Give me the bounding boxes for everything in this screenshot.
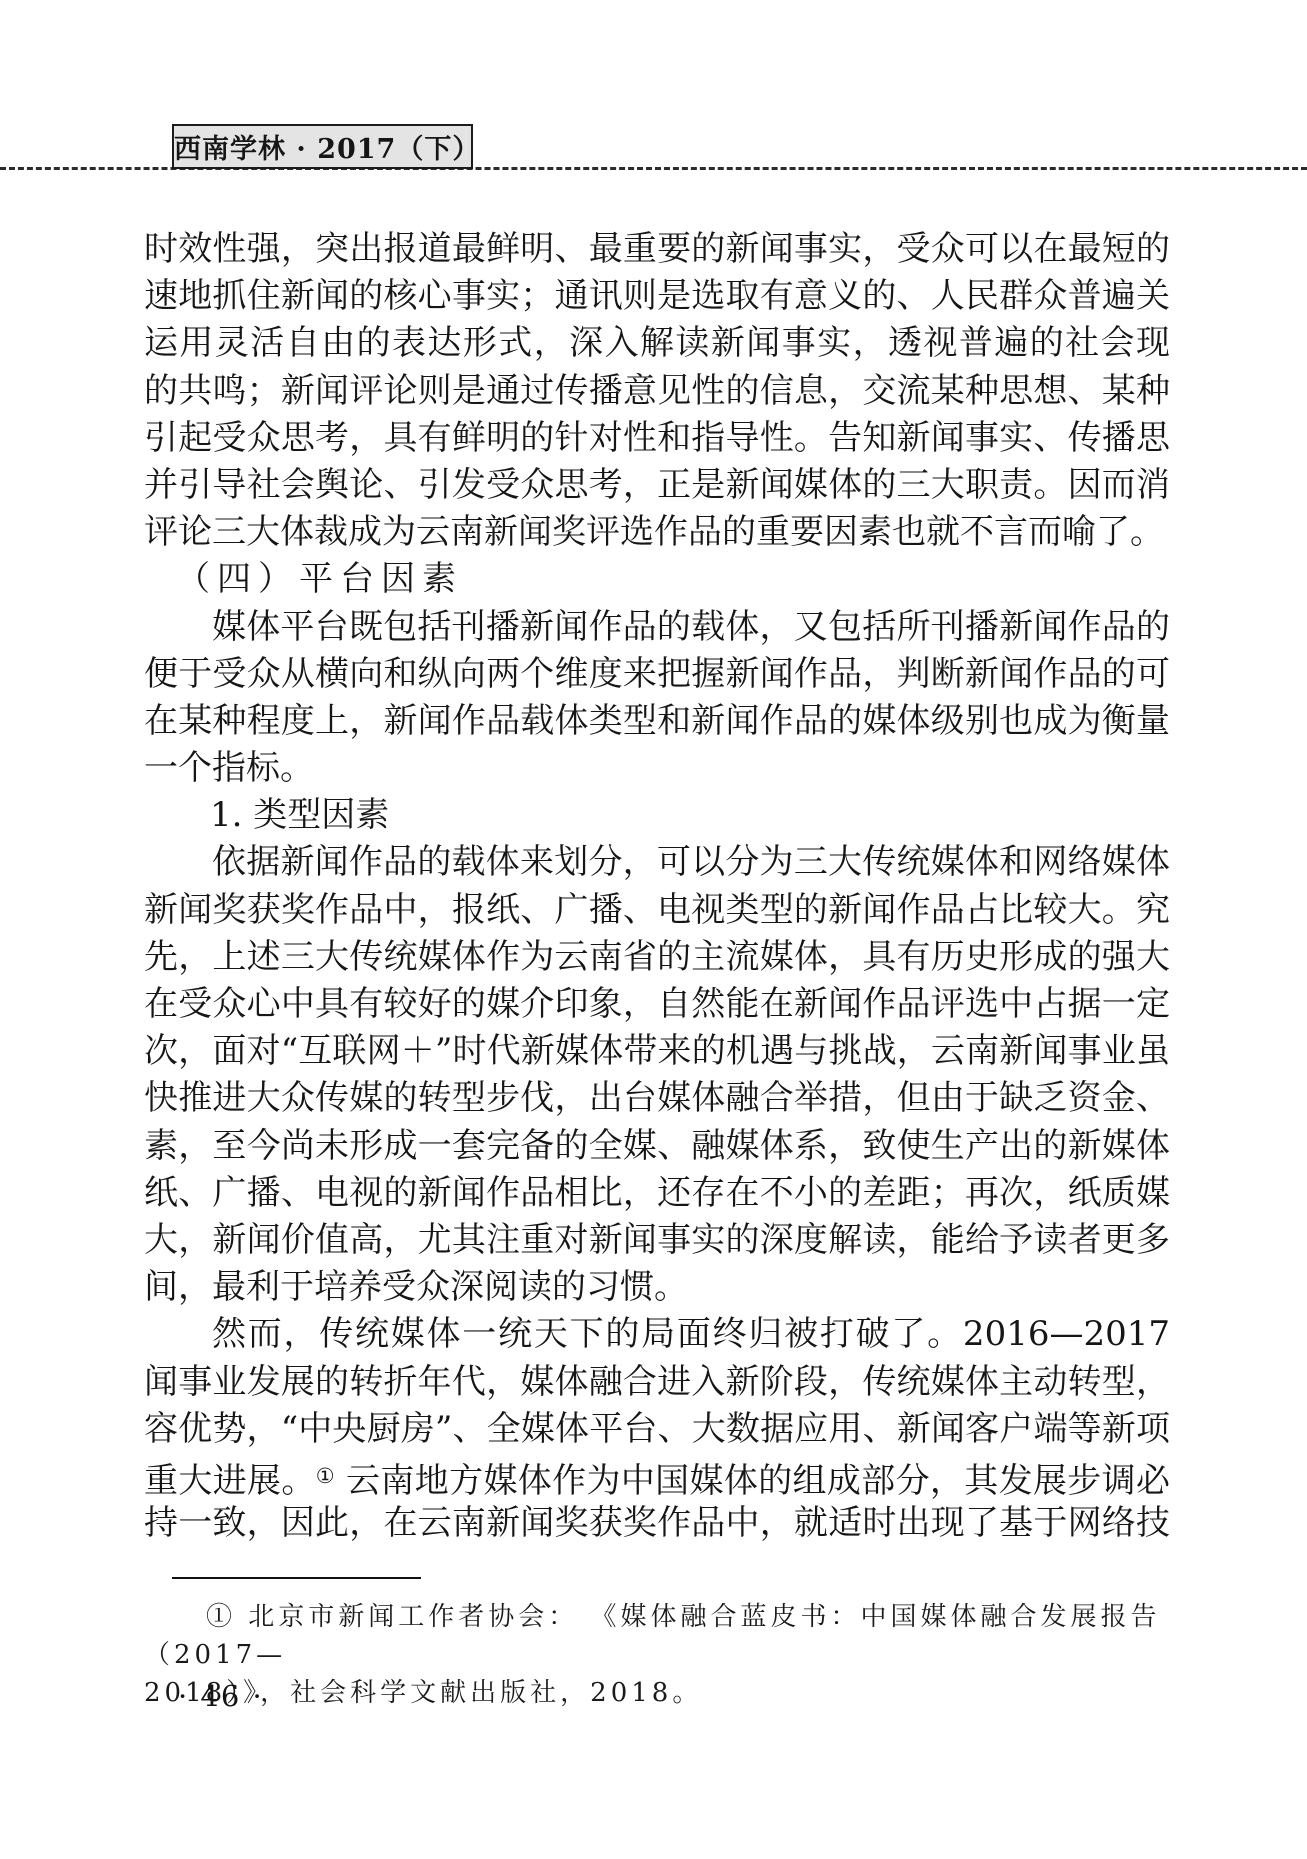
- text-line: 依据新闻作品的载体来划分，可以分为三大传统媒体和网络媒体等。在云南: [144, 839, 1170, 886]
- text-line: 快推进大众传媒的转型步伐，出台媒体融合举措，但由于缺乏资金、技术等因: [144, 1075, 1170, 1122]
- text-line: 一个指标。: [144, 745, 1170, 792]
- running-header-box: 西南学林 · 2017（下）: [172, 124, 473, 169]
- text-line: 大，新闻价值高，尤其注重对新闻事实的深度解读，能给予读者更多的思考空: [144, 1217, 1170, 1264]
- text-line: 然而，传统媒体一统天下的局面终归被打破了。2016—2017 年，是我国新: [144, 1311, 1170, 1358]
- text-line: 便于受众从横向和纵向两个维度来把握新闻作品，判断新闻作品的可信度。所以: [144, 651, 1170, 698]
- footnote-ref-mark: ①: [316, 1464, 335, 1488]
- text-line: 媒体平台既包括刊播新闻作品的载体，又包括所刊播新闻作品的媒体级别，: [144, 604, 1170, 651]
- text-line: 在受众心中具有较好的媒介印象，自然能在新闻作品评选中占据一定的优势；其: [144, 981, 1170, 1028]
- text-line: 纸、广播、电视的新闻作品相比，还存在不小的差距；再次，纸质媒体信息量: [144, 1170, 1170, 1217]
- text-line: 间，最利于培养受众深阅读的习惯。: [144, 1264, 1170, 1311]
- text-line: 重大进展。① 云南地方媒体作为中国媒体的组成部分，其发展步调必然与国家保: [144, 1453, 1170, 1500]
- page-number: · 46 ·: [178, 1679, 264, 1713]
- text-line: 素，至今尚未形成一套完备的全媒、融媒体系，致使生产出的新媒体作品，与报: [144, 1123, 1170, 1170]
- text-line: 速地抓住新闻的核心事实；通讯则是选取有意义的、人民群众普遍关心的事件，: [144, 273, 1170, 320]
- text-line: 闻事业发展的转折年代，媒体融合进入新阶段，传统媒体主动转型，继续发挥内: [144, 1359, 1170, 1406]
- text-line: 并引导社会舆论、引发受众思考，正是新闻媒体的三大职责。因而消息、通讯、: [144, 462, 1170, 509]
- text-line: 持一致，因此，在云南新闻奖获奖作品中，就适时出现了基于网络技术而制作出: [144, 1500, 1170, 1547]
- text-line: 时效性强，突出报道最鲜明、最重要的新闻事实，受众可以在最短的时间内最快: [144, 226, 1170, 273]
- footnote-line: ① 北京市新闻工作者协会： 《媒体融合蓝皮书：中国媒体融合发展报告（2017—: [144, 1598, 1178, 1674]
- text-line: 新闻奖获奖作品中，报纸、广播、电视类型的新闻作品占比较大。究其原因，首: [144, 887, 1170, 934]
- text-line: 运用灵活自由的表达形式，深入解读新闻事实，透视普遍的社会现状，引起受众: [144, 320, 1170, 367]
- text-line: 的共鸣；新闻评论则是通过传播意见性的信息，交流某种思想、某种观点，易于: [144, 368, 1170, 415]
- body-text: 时效性强，突出报道最鲜明、最重要的新闻事实，受众可以在最短的时间内最快速地抓住新…: [144, 226, 1170, 1547]
- text-line: 先，上述三大传统媒体作为云南省的主流媒体，具有历史形成的强大公信力，其: [144, 934, 1170, 981]
- text-line: 容优势，“中央厨房”、全媒体平台、大数据应用、新闻客户端等新项目也取得: [144, 1406, 1170, 1453]
- text-line: 次，面对“互联网＋”时代新媒体带来的机遇与挑战，云南新闻事业虽也在加: [144, 1028, 1170, 1075]
- text-line: （四）平台因素: [144, 556, 1170, 603]
- text-line: 评论三大体裁成为云南新闻奖评选作品的重要因素也就不言而喻了。: [144, 509, 1170, 556]
- footnote-line: 2018）》，社会科学文献出版社，2018。: [144, 1674, 1178, 1712]
- text-line: 引起受众思考，具有鲜明的针对性和指导性。告知新闻事实、传播思想意识形态: [144, 415, 1170, 462]
- text-line: 1. 类型因素: [144, 792, 1170, 839]
- footnote: ① 北京市新闻工作者协会： 《媒体融合蓝皮书：中国媒体融合发展报告（2017—2…: [144, 1598, 1178, 1712]
- text-line: 在某种程度上，新闻作品载体类型和新闻作品的媒体级别也成为衡量作品优劣的: [144, 698, 1170, 745]
- journal-title: 西南学林 · 2017（下）: [174, 127, 471, 166]
- footnote-separator-rule: [172, 1577, 421, 1579]
- document-page: 西南学林 · 2017（下） 时效性强，突出报道最鲜明、最重要的新闻事实，受众可…: [0, 0, 1307, 1859]
